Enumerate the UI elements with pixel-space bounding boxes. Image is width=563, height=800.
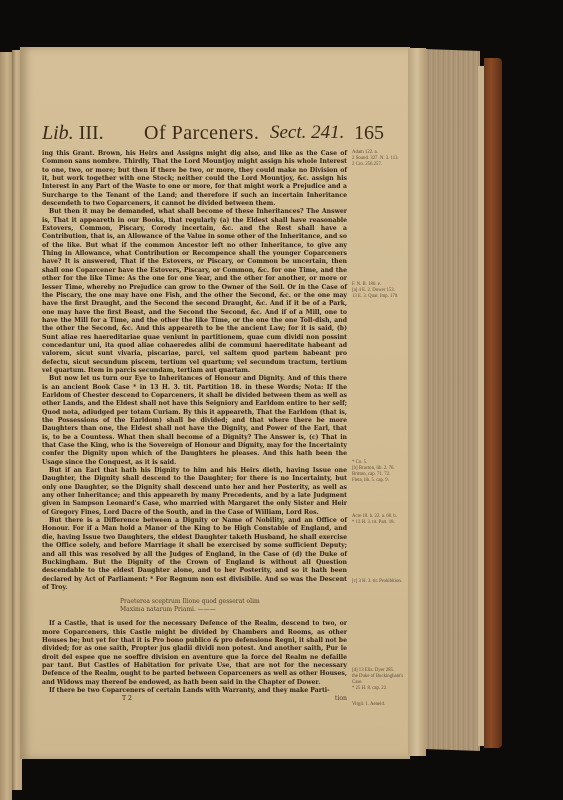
paragraph: But then it may be demanded, what shall … <box>42 208 347 375</box>
margin-note: F. N. B. 180. e.[a] 4 E. 2. Dower 153.13… <box>352 282 412 300</box>
margin-note-line: [c] 3 H. 3. tit. Prohibition. <box>352 579 412 585</box>
signature-mark: T 2 <box>122 695 132 703</box>
leather-cover <box>484 58 502 748</box>
paragraph: If a Castle, that is used for the necess… <box>42 620 347 687</box>
page-fore-edge <box>425 49 480 751</box>
margin-note-line: * 25 H. 8. cap. 22. <box>352 686 412 692</box>
margin-note: Acre 18. b. 22. a. 68. b.* 13 H. 3. tit.… <box>352 514 412 526</box>
verse-quotation: Praeterea sceptrum Ilione quod gesserat … <box>120 598 347 614</box>
book-number: Lib. III. <box>42 122 104 145</box>
paragraph: But now let us turn our Eye to Inheritan… <box>42 375 347 467</box>
margin-note: Adam 122. a.2 Sound. 327. N. 3. 113.2 Cr… <box>352 150 412 168</box>
margin-note-line: 13 E. 3. Quar. Imp. 170. <box>352 294 412 300</box>
margin-note: [c] 3 H. 3. tit. Prohibition. <box>352 579 412 585</box>
margin-note: [d] 13 Eliz. Dyer 285.the Duke of Buckin… <box>352 668 412 692</box>
paragraph: If there be two Coparceners of certain L… <box>42 687 347 695</box>
left-page-edge <box>0 52 12 800</box>
paragraph: But if an Earl that hath his Dignity to … <box>42 467 347 517</box>
page-number: 165 <box>354 122 384 145</box>
running-head: Lib. III. Of Parceners. Sect. 241. 165 <box>42 122 382 146</box>
verse-line: Maxima natarum Priami. ——— <box>120 606 347 614</box>
margin-note-line: the Duke of Buckingham's Case. <box>352 674 412 686</box>
catchword: tion <box>335 695 347 703</box>
margin-note-line: * 13 H. 3. tit. Part. 18. <box>352 520 412 526</box>
margin-note-line: Fleta, lib. 5. cap. 9. <box>352 478 412 484</box>
paragraph: But there is a Difference between a Dign… <box>42 517 347 592</box>
paragraph: ing this Grant. Brown, his Heirs and Ass… <box>42 150 347 208</box>
margin-note-line: Virgil. 1. Aeneid. <box>352 702 412 708</box>
section-number: Sect. 241. <box>270 122 344 144</box>
body-text: ing this Grant. Brown, his Heirs and Ass… <box>42 150 347 704</box>
page-footer: T 2 tion <box>42 695 347 703</box>
chapter-title: Of Parceners. <box>144 122 259 145</box>
margin-note: Virgil. 1. Aeneid. <box>352 702 412 708</box>
margin-note: * Co. 5.[b] Bracton, lib. 2. 76.Britton,… <box>352 460 412 484</box>
verse-line: Praeterea sceptrum Ilione quod gesserat … <box>120 598 347 606</box>
margin-note-line: 2 Cro. 256.257. <box>352 162 412 168</box>
